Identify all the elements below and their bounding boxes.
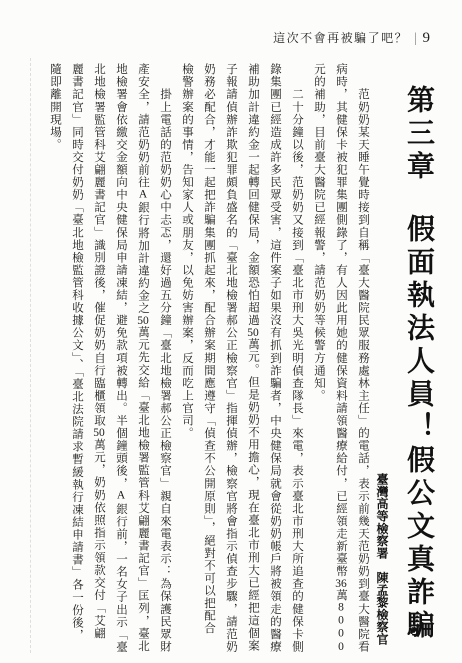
inline-number: A — [137, 189, 149, 202]
chapter-title: 假面執法人員！假公文真詐騙 — [403, 214, 434, 643]
chapter-number: 第三章 — [403, 85, 434, 184]
page-edge-line — [30, 58, 31, 653]
chapter-author: 臺灣高等檢察署 陳孟黎檢察官 — [374, 473, 391, 645]
body-column: 奶務必配合，才能一起把詐騙集團抓起來，配合辦案期間應遵守「偵查不公開原則」，絕對… — [198, 63, 220, 655]
body-column: 范奶奶某天睡午覺時接到自稱「臺大醫院民眾服務處林主任」的電話，表示前幾天范奶奶到… — [352, 63, 374, 655]
running-head-title: 這次不會再被騙了吧？ — [273, 31, 408, 45]
body-column: 掛上電話的范奶奶心中忐忑，還好過五分鐘「臺北地檢署郝公正檢察官」親自來電表示：為… — [154, 63, 176, 655]
inline-number: 50 — [247, 327, 259, 339]
book-page: 這次不會再被騙了吧？|9 第三章假面執法人員！假公文真詐騙 臺灣高等檢察署 陳孟… — [0, 0, 462, 663]
running-head-separator: | — [415, 31, 418, 47]
inline-number: 50 — [137, 315, 149, 327]
page-number: 9 — [423, 30, 431, 46]
inline-number: 36 — [335, 578, 347, 590]
inline-number: 8000 — [335, 602, 347, 654]
chapter-heading: 第三章假面執法人員！假公文真詐騙 — [398, 85, 438, 655]
body-column: 病時，其健保卡被犯罪集團側錄了，有人因此用她的健保資料請領醫療給付，已經領走新臺… — [330, 63, 352, 655]
body-column: 補助加計違約金一起轉回健保局，金額恐怕超過50萬元。但是奶奶不用擔心，現在臺北市… — [242, 63, 264, 655]
running-head: 這次不會再被騙了吧？|9 — [273, 29, 430, 47]
inline-number: 50 — [93, 427, 105, 439]
body-column: 錄集團已經造成許多民眾受害，這件案子如果沒有抓到詐騙者，中央健保局就會從奶奶帳戶… — [264, 63, 286, 655]
body-column: 產安全，請范奶奶前往A銀行將加計違約金之50萬元先交給「臺北地檢署監管科艾翩麗書… — [132, 63, 154, 655]
body-column: 北地檢署監管科艾翩麗書記官」識別證後，催促奶奶自行臨櫃領取50萬元，奶奶依照指示… — [88, 63, 110, 655]
inline-number: A — [115, 490, 127, 503]
body-column: 地檢署會依繳交金額向中央健保局申請凍結，避免款項被轉出。半個鐘頭後，A銀行前，一… — [110, 63, 132, 655]
body-column: 檢警辦案的事情，告知家人或朋友，以免妨害辦案，反而吃上官司。 — [176, 63, 198, 655]
body-column: 子報請偵辦詐欺犯罪頗負盛名的「臺北地檢署郝公正檢察官」指揮偵辦，檢察官將會指示偵… — [220, 63, 242, 655]
body-column: 元的補助，目前臺大醫院已經報警，請范奶奶等候警方通知。 — [308, 63, 330, 655]
body-column: 隨即離開現場。 — [44, 63, 66, 655]
body-text: 范奶奶某天睡午覺時接到自稱「臺大醫院民眾服務處林主任」的電話，表示前幾天范奶奶到… — [44, 63, 374, 655]
body-column: 麗書記官」同時交付奶奶「臺北地檢監管科收據公文」、「臺北法院請求暫緩執行凍結申請… — [66, 63, 88, 655]
body-column: 二十分鐘以後，范奶奶又接到「臺北市刑大吳光明偵查隊長」來電，表示臺北市刑大所追查… — [286, 63, 308, 655]
